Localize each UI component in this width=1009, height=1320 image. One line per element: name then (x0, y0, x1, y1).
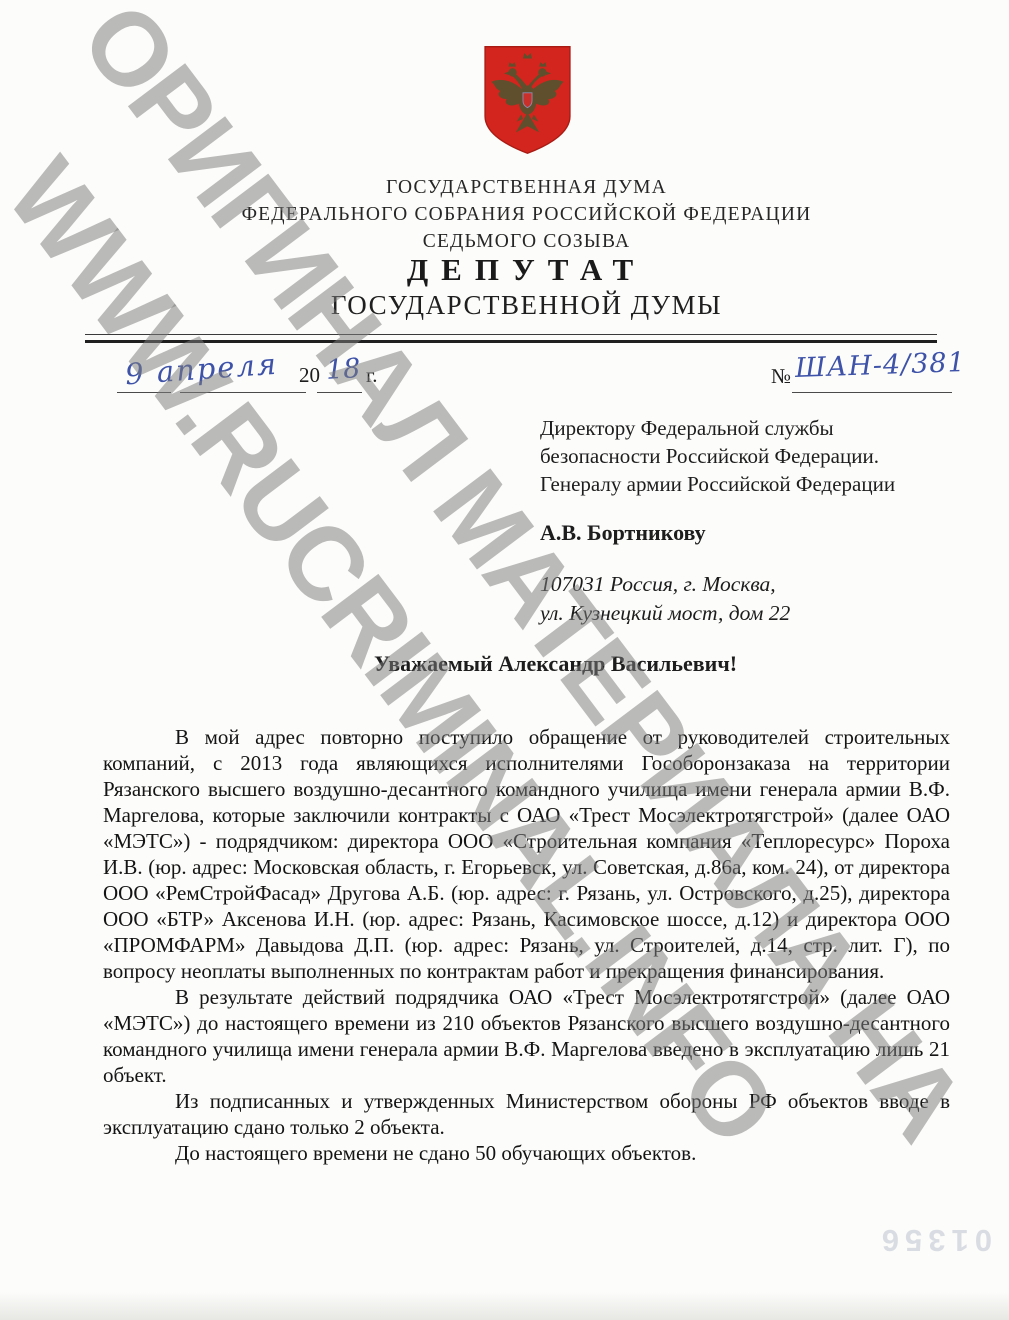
reference-line: 9 апреля 20 18 г. № ШАН-4/381 (103, 352, 950, 404)
printed-year-suffix: г. (366, 363, 378, 388)
addressee-postal-address: 107031 Россия, г. Москва, ул. Кузнецкий … (540, 570, 790, 628)
doc-number-underline (792, 391, 952, 393)
letter-body: В мой адрес повторно поступило обращение… (103, 724, 950, 1166)
date-underline-year (317, 391, 362, 393)
letterhead-rule (85, 334, 937, 343)
deputy-subtitle: ГОСУДАРСТВЕННОЙ ДУМЫ (103, 290, 950, 321)
date-underline-day (117, 391, 171, 393)
body-paragraph-2: В результате действий подрядчика ОАО «Тр… (103, 984, 950, 1088)
addressee-block: Директору Федеральной службы безопасност… (540, 414, 895, 498)
body-paragraph-4: До настоящего времени не сдано 50 обучаю… (103, 1140, 950, 1166)
addressee-address-line-1: 107031 Россия, г. Москва, (540, 570, 790, 599)
body-paragraph-3: Из подписанных и утвержденных Министерст… (103, 1088, 950, 1140)
bleed-through-page-number: 01356 (812, 1222, 992, 1258)
body-paragraph-1: В мой адрес повторно поступило обращение… (103, 724, 950, 984)
russia-coat-of-arms-icon (480, 44, 575, 156)
printed-year-prefix: 20 (299, 363, 320, 388)
addressee-line-2: безопасности Российской Федерации. (540, 442, 895, 470)
handwritten-doc-number: ШАН-4/381 (795, 347, 967, 384)
addressee-address-line-2: ул. Кузнецкий мост, дом 22 (540, 599, 790, 628)
date-underline-month (180, 391, 306, 393)
letterhead-org-line-1: ГОСУДАРСТВЕННАЯ ДУМА (103, 174, 950, 201)
addressee-line-3: Генералу армии Российской Федерации (540, 470, 895, 498)
doc-number-label: № (771, 364, 791, 389)
addressee-line-1: Директору Федеральной службы (540, 414, 895, 442)
letterhead-org-line-2: ФЕДЕРАЛЬНОГО СОБРАНИЯ РОССИЙСКОЙ ФЕДЕРАЦ… (103, 201, 950, 228)
salutation: Уважаемый Александр Васильевич! (103, 651, 950, 677)
scanned-letter-page: ГОСУДАРСТВЕННАЯ ДУМА ФЕДЕРАЛЬНОГО СОБРАН… (0, 0, 1009, 1320)
handwritten-date: 9 апреля (124, 347, 279, 392)
handwritten-year: 18 (325, 353, 361, 386)
addressee-name: А.В. Бортникову (540, 520, 706, 546)
letterhead-org: ГОСУДАРСТВЕННАЯ ДУМА ФЕДЕРАЛЬНОГО СОБРАН… (103, 174, 950, 255)
deputy-title: ДЕПУТАТ (103, 252, 950, 288)
letterhead-org-line-3: СЕДЬМОГО СОЗЫВА (103, 228, 950, 255)
